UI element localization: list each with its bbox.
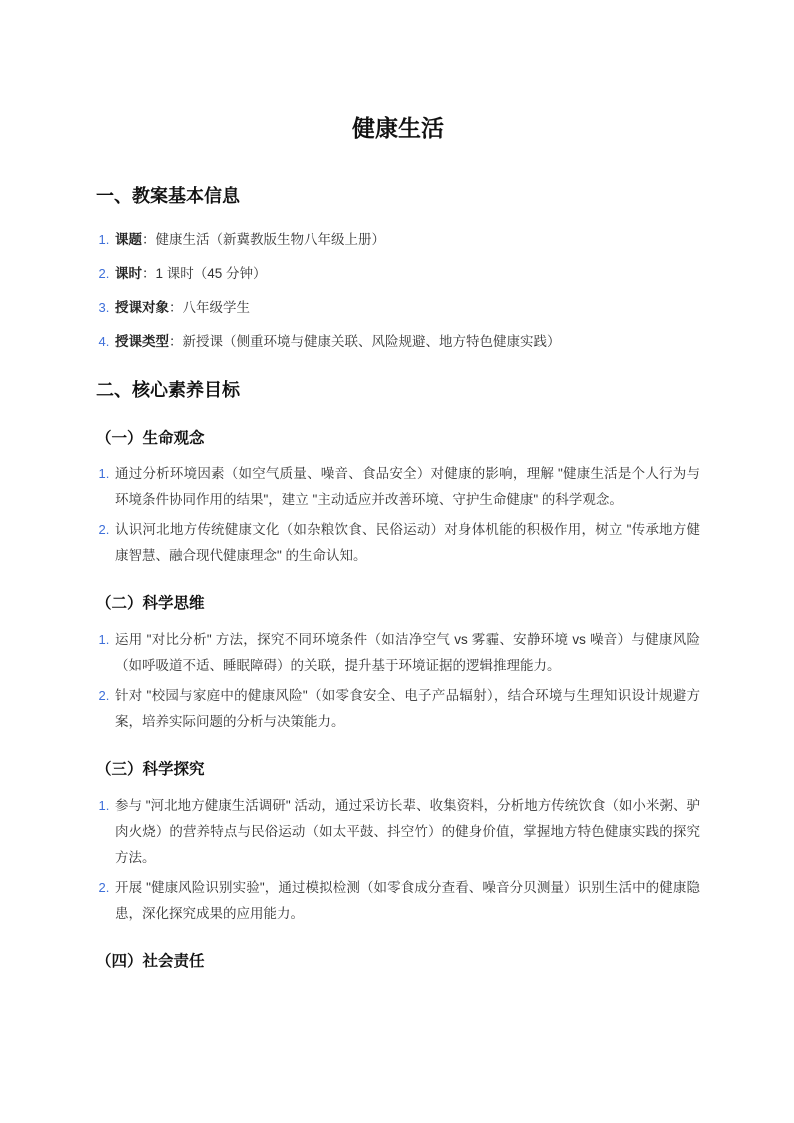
section-heading-core-literacy: 二、核心素养目标 [96,378,700,403]
subsection-scientific-thinking: （二）科学思维 运用 "对比分析" 方法，探究不同环境条件（如洁净空气 vs 雾… [96,593,700,735]
subsection-scientific-inquiry: （三）科学探究 参与 "河北地方健康生活调研" 活动，通过采访长辈、收集资料，分… [96,759,700,927]
item-separator: ： [169,334,183,349]
list-item: 通过分析环境因素（如空气质量、噪音、食品安全）对健康的影响，理解 "健康生活是个… [113,461,700,513]
item-value: 健康生活（新冀教版生物八年级上册） [156,232,386,247]
subsection-heading-social-responsibility: （四）社会责任 [96,951,700,973]
subsection-heading-scientific-thinking: （二）科学思维 [96,593,700,615]
document-page: 健康生活 一、教案基本信息 课题：健康生活（新冀教版生物八年级上册） 课时：1 … [0,0,794,1123]
scientific-thinking-list: 运用 "对比分析" 方法，探究不同环境条件（如洁净空气 vs 雾霾、安静环境 v… [96,627,700,735]
item-separator: ： [142,232,156,247]
item-value: 八年级学生 [183,300,251,315]
document-title: 健康生活 [96,112,700,144]
life-concept-list: 通过分析环境因素（如空气质量、噪音、食品安全）对健康的影响，理解 "健康生活是个… [96,461,700,569]
item-label: 课时 [115,266,142,281]
basic-info-item-audience: 授课对象：八年级学生 [113,295,700,321]
list-item: 参与 "河北地方健康生活调研" 活动，通过采访长辈、收集资料，分析地方传统饮食（… [113,793,700,871]
list-item: 认识河北地方传统健康文化（如杂粮饮食、民俗运动）对身体机能的积极作用，树立 "传… [113,517,700,569]
item-separator: ： [169,300,183,315]
list-item: 运用 "对比分析" 方法，探究不同环境条件（如洁净空气 vs 雾霾、安静环境 v… [113,627,700,679]
item-label: 课题 [115,232,142,247]
basic-info-list: 课题：健康生活（新冀教版生物八年级上册） 课时：1 课时（45 分钟） 授课对象… [96,227,700,355]
list-item: 针对 "校园与家庭中的健康风险"（如零食安全、电子产品辐射），结合环境与生理知识… [113,683,700,735]
subsection-heading-life-concept: （一）生命观念 [96,428,700,450]
item-label: 授课类型 [115,334,169,349]
item-value: 新授课（侧重环境与健康关联、风险规避、地方特色健康实践） [183,334,561,349]
item-value: 1 课时（45 分钟） [156,266,267,281]
basic-info-item-type: 授课类型：新授课（侧重环境与健康关联、风险规避、地方特色健康实践） [113,329,700,355]
basic-info-item-duration: 课时：1 课时（45 分钟） [113,261,700,287]
subsection-life-concept: （一）生命观念 通过分析环境因素（如空气质量、噪音、食品安全）对健康的影响，理解… [96,428,700,570]
subsection-heading-scientific-inquiry: （三）科学探究 [96,759,700,781]
item-separator: ： [142,266,156,281]
list-item: 开展 "健康风险识别实验"，通过模拟检测（如零食成分查看、噪音分贝测量）识别生活… [113,875,700,927]
scientific-inquiry-list: 参与 "河北地方健康生活调研" 活动，通过采访长辈、收集资料，分析地方传统饮食（… [96,793,700,927]
basic-info-item-topic: 课题：健康生活（新冀教版生物八年级上册） [113,227,700,253]
subsection-social-responsibility: （四）社会责任 [96,951,700,973]
item-label: 授课对象 [115,300,169,315]
section-heading-basic-info: 一、教案基本信息 [96,184,700,209]
